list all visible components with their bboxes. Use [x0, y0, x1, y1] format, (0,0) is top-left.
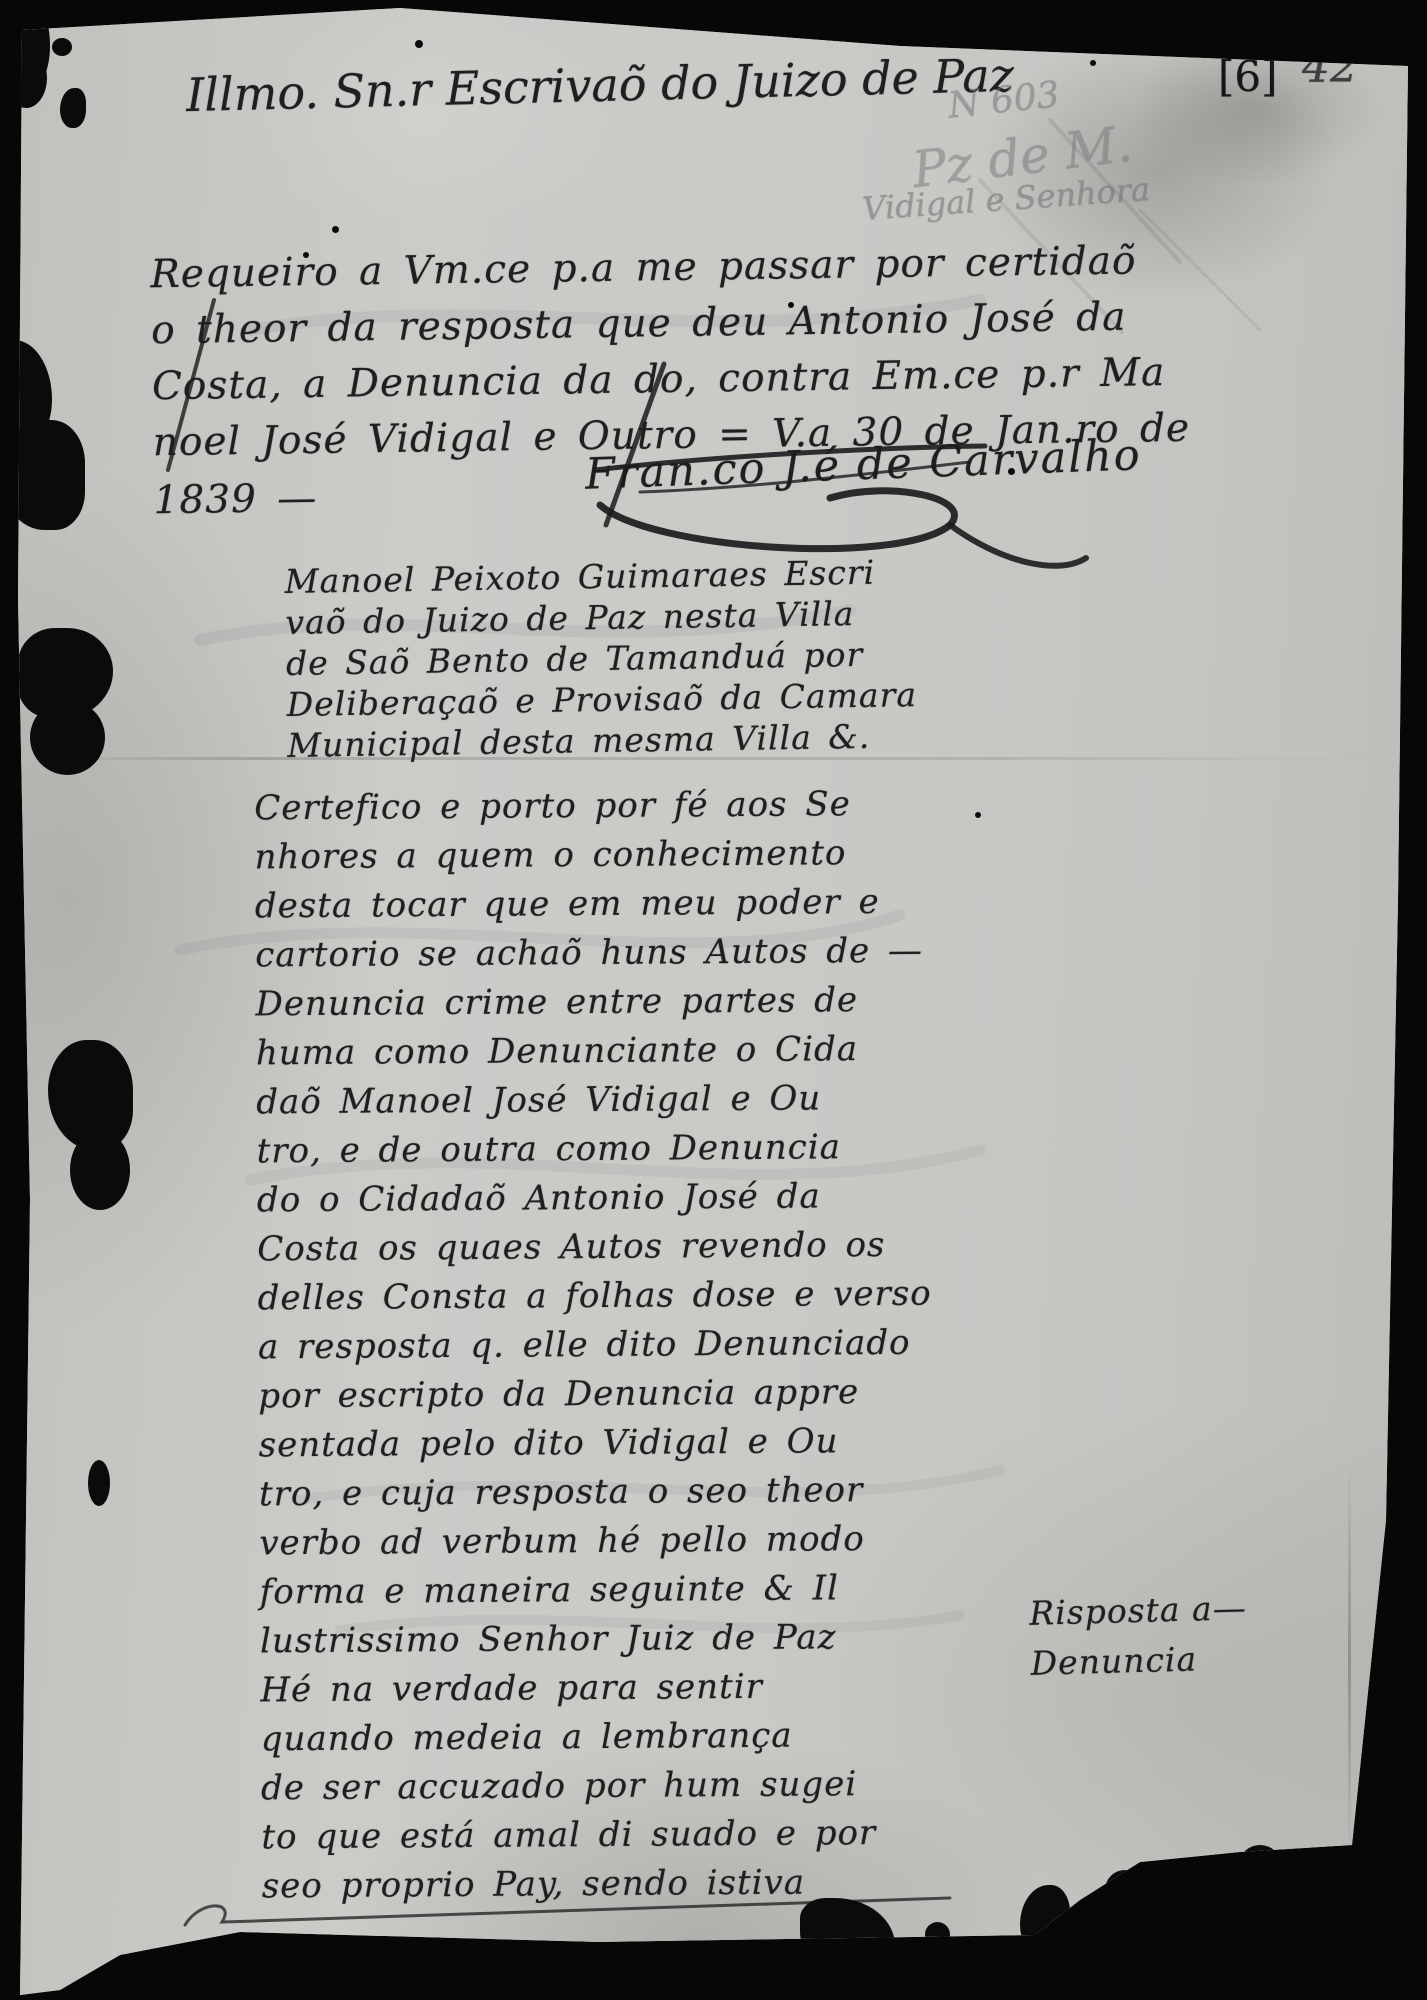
ink-blot: [30, 700, 105, 775]
manuscript-line: to que está amal di suado e por: [261, 1809, 935, 1863]
ink-speck: [1090, 60, 1096, 66]
ink-blot: [1020, 1885, 1070, 1955]
manuscript-line: Denuncia crime entre partes de: [255, 976, 929, 1030]
ink-speck: [975, 812, 981, 818]
ink-speck: [415, 40, 423, 48]
header-salutation: Illmo. Sn.r Escrivaõ do Juizo de Paz: [185, 48, 1014, 122]
ink-speck: [303, 252, 309, 258]
manuscript-line: cartorio se achaõ huns Autos de —: [255, 927, 929, 981]
ink-speck: [760, 28, 766, 34]
manuscript-line: forma e maneira seguinte & Il: [260, 1564, 934, 1618]
manuscript-line: a resposta q. elle dito Denunciado: [258, 1319, 932, 1373]
scanned-manuscript-page: { "document": { "kind": "handwritten man…: [0, 0, 1427, 2000]
manuscript-line: delles Consta a folhas dose e verso: [257, 1270, 931, 1324]
manuscript-line: lustrissimo Senhor Juiz de Paz: [260, 1613, 934, 1667]
margin-note-line: Risposta a—: [1029, 1583, 1248, 1639]
manuscript-line: Costa os quaes Autos revendo os: [257, 1221, 931, 1275]
ink-blot: [800, 1898, 895, 1973]
manuscript-line: nhores a quem o conhecimento: [254, 829, 928, 883]
ink-blot: [5, 48, 47, 108]
manuscript-line: quando medeia a lembrança: [261, 1711, 935, 1765]
manuscript-line: desta tocar que em meu poder e: [255, 878, 929, 932]
ink-blot: [1240, 1845, 1280, 1880]
ink-blot: [70, 1130, 130, 1210]
ink-blot: [925, 1922, 950, 1947]
ink-blot: [88, 1460, 110, 1506]
manuscript-line: de ser accuzado por hum sugei: [261, 1760, 935, 1814]
ink-blot: [90, 8, 104, 18]
manuscript-line: do o Cidadaõ Antonio José da: [257, 1172, 931, 1226]
manuscript-line: tro, e de outra como Denuncia: [256, 1123, 930, 1177]
ink-blot: [60, 88, 86, 128]
folio-page-number: 42: [1302, 42, 1358, 93]
certificate-paragraph: Certefico e porto por fé aos Se nhores a…: [254, 780, 936, 1912]
manuscript-line: sentada pelo dito Vidigal e Ou: [259, 1417, 933, 1471]
ink-blot: [1175, 1858, 1235, 1903]
ink-speck: [788, 302, 794, 308]
manuscript-line: Certefico e porto por fé aos Se: [254, 780, 928, 834]
ink-blot: [52, 38, 72, 56]
manuscript-line: Municipal desta mesma Villa &.: [287, 715, 918, 766]
ink-speck: [332, 226, 339, 233]
margin-note: Risposta a— Denuncia: [1029, 1583, 1249, 1689]
ink-speck: [1008, 468, 1015, 475]
ink-blot: [0, 420, 85, 530]
attestation-paragraph: Manoel Peixoto Guimaraes Escri vaõ do Ju…: [284, 551, 918, 766]
manuscript-line: verbo ad verbum hé pello modo: [259, 1515, 933, 1569]
manuscript-line: tro, e cuja resposta o seo theor: [259, 1466, 933, 1520]
ink-blot: [1105, 1870, 1145, 1910]
paper-sheet: Illmo. Sn.r Escrivaõ do Juizo de Paz [6]…: [0, 0, 1427, 2000]
manuscript-line: daõ Manoel José Vidigal e Ou: [256, 1074, 930, 1128]
manuscript-line: Hé na verdade para sentir: [260, 1662, 934, 1716]
folio-bracket-number: [6]: [1218, 52, 1278, 101]
manuscript-line: por escripto da Denuncia appre: [258, 1368, 932, 1422]
vertical-crease: [1348, 1460, 1351, 1860]
margin-note-line: Denuncia: [1030, 1633, 1249, 1689]
manuscript-line: huma como Denunciante o Cida: [256, 1025, 930, 1079]
